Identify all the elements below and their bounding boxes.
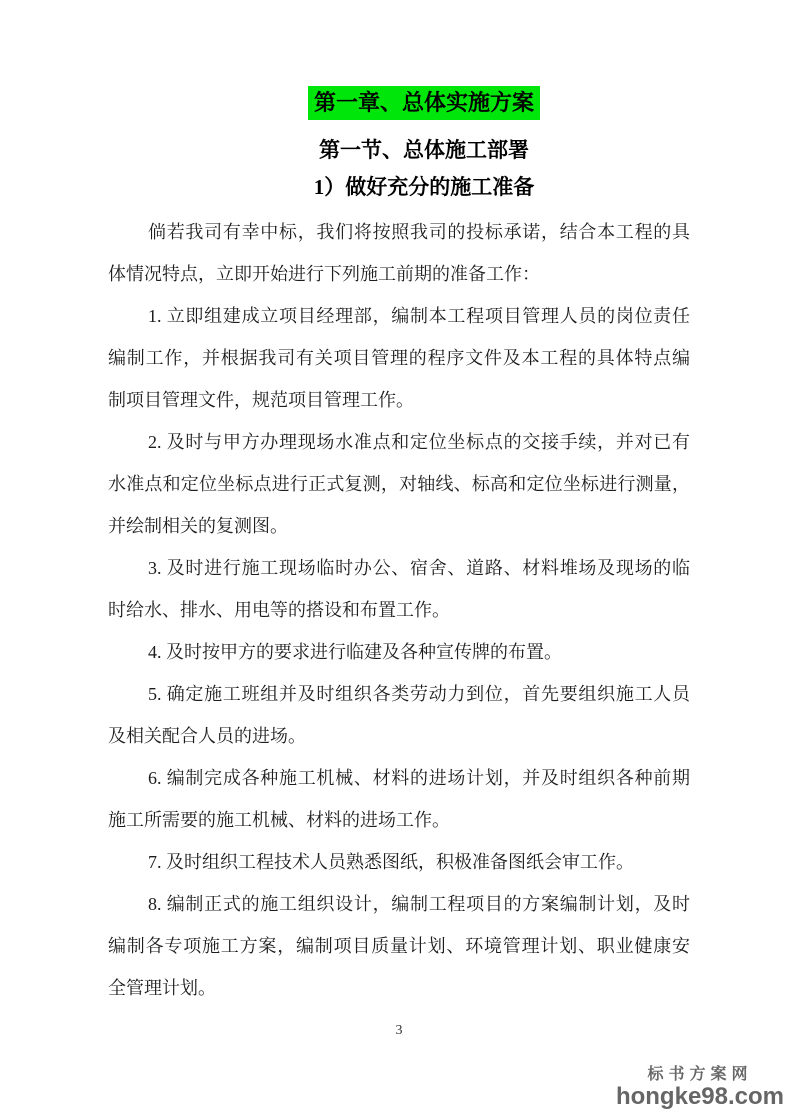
- paragraph-line: 倘若我司有幸中标，我们将按照我司的投标承诺，结合本工程的具: [108, 211, 690, 253]
- paragraph-line: 制项目管理文件，规范项目管理工作。: [108, 379, 690, 421]
- paragraph-line: 并绘制相关的复测图。: [108, 505, 690, 547]
- paragraph-line: 编制各专项施工方案，编制项目质量计划、环境管理计划、职业健康安: [108, 925, 690, 967]
- paragraph-line: 7. 及时组织工程技术人员熟悉图纸，积极准备图纸会审工作。: [108, 841, 690, 883]
- paragraph: 2. 及时与甲方办理现场水准点和定位坐标点的交接手续，并对已有水准点和定位坐标点…: [108, 421, 690, 547]
- paragraph-line: 3. 及时进行施工现场临时办公、宿舍、道路、材料堆场及现场的临: [108, 547, 690, 589]
- paragraph-line: 及相关配合人员的进场。: [108, 715, 690, 757]
- paragraph: 6. 编制完成各种施工机械、材料的进场计划，并及时组织各种前期施工所需要的施工机…: [108, 757, 690, 841]
- paragraph: 8. 编制正式的施工组织设计，编制工程项目的方案编制计划，及时编制各专项施工方案…: [108, 883, 690, 1009]
- paragraph-line: 4. 及时按甲方的要求进行临建及各种宣传牌的布置。: [108, 631, 690, 673]
- paragraph: 5. 确定施工班组并及时组织各类劳动力到位，首先要组织施工人员及相关配合人员的进…: [108, 673, 690, 757]
- paragraph: 4. 及时按甲方的要求进行临建及各种宣传牌的布置。: [108, 631, 690, 673]
- subsection-heading: 1）做好充分的施工准备: [133, 174, 715, 201]
- section-heading: 第一节、总体施工部署: [133, 137, 715, 164]
- chapter-heading: 第一章、总体实施方案: [133, 86, 715, 120]
- paragraph-line: 8. 编制正式的施工组织设计，编制工程项目的方案编制计划，及时: [108, 883, 690, 925]
- page-number: 3: [108, 1023, 690, 1039]
- paragraph-line: 全管理计划。: [108, 967, 690, 1009]
- paragraph: 7. 及时组织工程技术人员熟悉图纸，积极准备图纸会审工作。: [108, 841, 690, 883]
- paragraph: 倘若我司有幸中标，我们将按照我司的投标承诺，结合本工程的具体情况特点，立即开始进…: [108, 211, 690, 295]
- paragraph-line: 6. 编制完成各种施工机械、材料的进场计划，并及时组织各种前期: [108, 757, 690, 799]
- paragraph: 3. 及时进行施工现场临时办公、宿舍、道路、材料堆场及现场的临时给水、排水、用电…: [108, 547, 690, 631]
- watermark-site-name: 标书方案网: [616, 1066, 784, 1084]
- paragraph-line: 施工所需要的施工机械、材料的进场工作。: [108, 799, 690, 841]
- document-body: 倘若我司有幸中标，我们将按照我司的投标承诺，结合本工程的具体情况特点，立即开始进…: [108, 211, 690, 1009]
- document-page: 第一章、总体实施方案 第一节、总体施工部署 1）做好充分的施工准备 倘若我司有幸…: [0, 0, 790, 1118]
- paragraph-line: 编制工作，并根据我司有关项目管理的程序文件及本工程的具体特点编: [108, 337, 690, 379]
- paragraph-line: 2. 及时与甲方办理现场水准点和定位坐标点的交接手续，并对已有: [108, 421, 690, 463]
- paragraph-line: 1. 立即组建成立项目经理部，编制本工程项目管理人员的岗位责任: [108, 295, 690, 337]
- chapter-heading-highlight: 第一章、总体实施方案: [308, 86, 540, 120]
- paragraph-line: 体情况特点，立即开始进行下列施工前期的准备工作：: [108, 253, 690, 295]
- watermark: 标书方案网 hongke98.com: [616, 1066, 784, 1110]
- paragraph: 1. 立即组建成立项目经理部，编制本工程项目管理人员的岗位责任编制工作，并根据我…: [108, 295, 690, 421]
- paragraph-line: 5. 确定施工班组并及时组织各类劳动力到位，首先要组织施工人员: [108, 673, 690, 715]
- watermark-site-url: hongke98.com: [616, 1084, 784, 1110]
- paragraph-line: 时给水、排水、用电等的搭设和布置工作。: [108, 589, 690, 631]
- paragraph-line: 水准点和定位坐标点进行正式复测，对轴线、标高和定位坐标进行测量，: [108, 463, 690, 505]
